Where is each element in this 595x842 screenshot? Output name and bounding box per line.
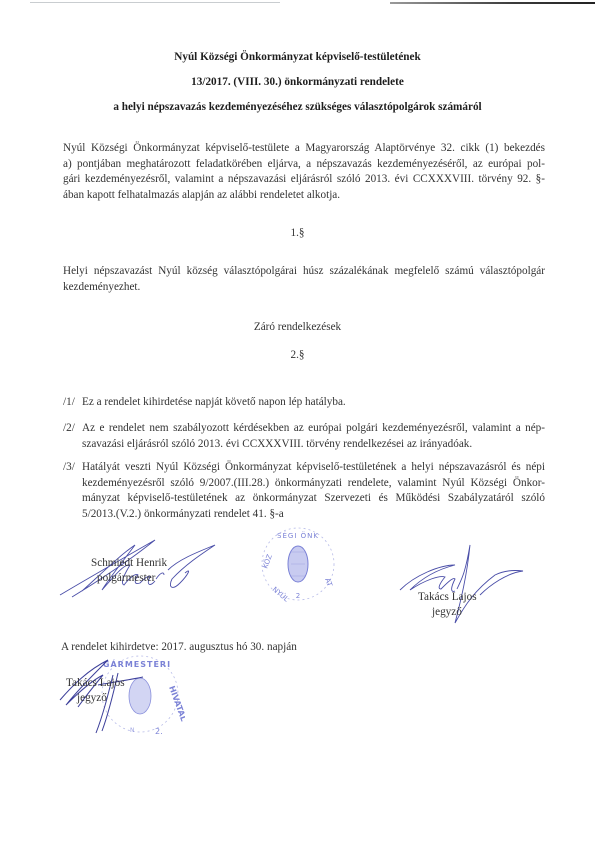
promulgation-notary-title: jegyző [77, 691, 107, 706]
item-line: kezdeményezésről szóló 9/2007.(III.28.) … [82, 476, 545, 492]
stamp-number: 2 [296, 592, 300, 600]
section-2-heading: 2.§ [0, 349, 595, 361]
decree-number: 13/2017. (VIII. 30.) önkormányzati rende… [0, 76, 595, 88]
item-line: mányzat képviselő-testületének az önkorm… [82, 491, 545, 507]
section-1-body: Helyi népszavazást Nyúl község választóp… [63, 264, 545, 295]
svg-text:2.: 2. [155, 727, 163, 736]
preamble: Nyúl Községi Önkormányzat képviselő-test… [63, 141, 545, 203]
item-line: Hatályát veszti Nyúl Községi Önkormányza… [82, 460, 545, 476]
item-line: szavazási eljárásról szóló 2013. évi CCX… [82, 437, 545, 453]
mayor-title: polgármester [97, 571, 155, 586]
svg-text:NYÚL: NYÚL [271, 585, 291, 604]
promulgation-notary-name: Takács Lajos [66, 676, 125, 691]
municipality-stamp: SÉGI ÖNK KÖZ NYÚL 2 AT [258, 524, 338, 604]
svg-text:AT: AT [323, 577, 334, 588]
item-number: /2/ [63, 421, 75, 437]
section-1-line: Helyi népszavazást Nyúl község választóp… [63, 264, 545, 280]
mayor-name: Schmiedt Henrik [91, 556, 167, 571]
preamble-line: Nyúl Községi Önkormányzat képviselő-test… [63, 141, 545, 157]
item-number: /1/ [63, 395, 75, 411]
scan-edge-artifact [0, 2, 595, 5]
preamble-line: a) pontjában meghatározott feladatkörébe… [63, 157, 545, 173]
closing-item-1: /1/ Ez a rendelet kihirdetése napját köv… [63, 395, 545, 411]
svg-text:HIVATAL: HIVATAL [167, 685, 185, 723]
notary-title: jegyző [432, 605, 462, 620]
svg-text:SÉGI ÖNK: SÉGI ÖNK [277, 531, 319, 540]
preamble-line: gári kezdeményezésről, valamint a népsza… [63, 172, 545, 188]
item-number: /3/ [63, 460, 75, 476]
item-line: Az e rendelet nem szabályozott kérdésekb… [82, 421, 545, 437]
svg-text:KÖZ: KÖZ [260, 553, 273, 570]
notary-name: Takács Lajos [418, 590, 477, 605]
issuer-title: Nyúl Községi Önkormányzat képviselő-test… [0, 51, 595, 63]
item-line: 5/2013.(V.2.) önkormányzati rendelet 41.… [82, 507, 545, 523]
closing-item-2: /2/ Az e rendelet nem szabályozott kérdé… [63, 421, 545, 453]
section-1-heading: 1.§ [0, 227, 595, 239]
item-line: Ez a rendelet kihirdetése napját követő … [82, 395, 545, 411]
section-1-line: kezdeményezhet. [63, 280, 545, 296]
closing-item-3: /3/ Hatályát veszti Nyúl Községi Önkormá… [63, 460, 545, 524]
closing-title: Záró rendelkezések [0, 321, 595, 333]
decree-subject: a helyi népszavazás kezdeményezéséhez sz… [0, 101, 595, 113]
preamble-line: ában kapott felhatalmazás alapján az alá… [63, 188, 545, 204]
